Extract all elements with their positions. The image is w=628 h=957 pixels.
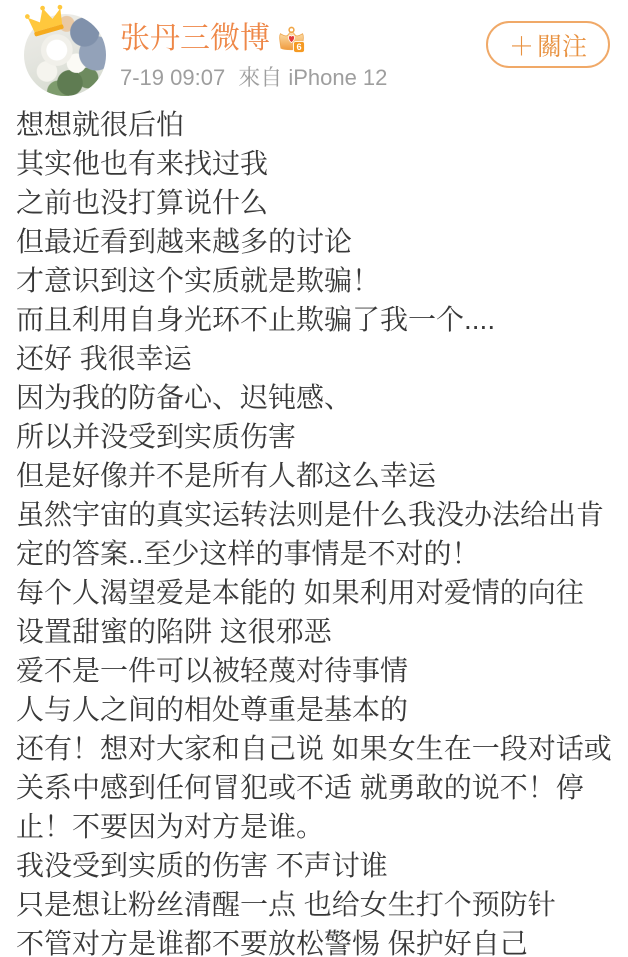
post-source[interactable]: 來自 iPhone 12	[238, 65, 387, 91]
post-text-line: 但是好像并不是所有人都这么幸运	[16, 456, 618, 495]
post-text-line: 还有！想对大家和自己说 如果女生在一段对话或	[16, 729, 618, 768]
user-info-block: 张丹三微博 6 7-19 09:07 來	[120, 14, 387, 91]
plus-icon: ＋	[509, 27, 534, 63]
post-text-line: 每个人渴望爱是本能的 如果利用对爱情的向往	[16, 573, 618, 612]
post-text-line: 只是想让粉丝清醒一点 也给女生打个预防针	[16, 885, 618, 924]
username-row: 张丹三微博 6	[120, 22, 387, 56]
post-text-line: 不管对方是谁都不要放松警惕 保护好自己	[16, 924, 618, 957]
post-text-line: 还好 我很幸运	[16, 339, 618, 378]
post-meta: 7-19 09:07 來自 iPhone 12	[120, 65, 387, 91]
post-text-line: 虽然宇宙的真实运转法则是什么我没办法给出肯	[16, 495, 618, 534]
post-text-line: 所以并没受到实质伤害	[16, 417, 618, 456]
vip-level-badge-icon: 6	[277, 25, 306, 54]
vip-level-number: 6	[296, 42, 301, 52]
post-text-line: 因为我的防备心、迟钝感、	[16, 378, 618, 417]
post-text-line: 才意识到这个实质就是欺骗！	[16, 261, 618, 300]
follow-button[interactable]: ＋ 關注	[486, 21, 610, 68]
post-text-line: 其实他也有来找过我	[16, 144, 618, 183]
weibo-post-card: 张丹三微博 6 7-19 09:07 來	[0, 0, 628, 957]
post-text-line: 爱不是一件可以被轻蔑对待事情	[16, 651, 618, 690]
follow-button-label: 關注	[537, 27, 587, 63]
post-text-line: 而且利用自身光环不止欺骗了我一个....	[16, 300, 618, 339]
post-text-line: 但最近看到越来越多的讨论	[16, 222, 618, 261]
post-text-line: 之前也没打算说什么	[16, 183, 618, 222]
timestamp: 7-19 09:07	[120, 65, 225, 91]
post-text-line: 止！不要因为对方是谁。	[16, 807, 618, 846]
post-body: 想想就很后怕其实他也有来找过我之前也没打算说什么但最近看到越来越多的讨论才意识到…	[0, 105, 628, 957]
avatar[interactable]	[24, 14, 106, 96]
post-text-line: 我没受到实质的伤害 不声讨谁	[16, 846, 618, 885]
username[interactable]: 张丹三微博	[120, 22, 270, 56]
post-text-line: 关系中感到任何冒犯或不适 就勇敢的说不！停	[16, 768, 618, 807]
post-text-line: 设置甜蜜的陷阱 这很邪恶	[16, 612, 618, 651]
post-text-line: 想想就很后怕	[16, 105, 618, 144]
post-text-line: 人与人之间的相处尊重是基本的	[16, 690, 618, 729]
post-text-line: 定的答案..至少这样的事情是不对的！	[16, 534, 618, 573]
post-header: 张丹三微博 6 7-19 09:07 來	[0, 0, 628, 96]
